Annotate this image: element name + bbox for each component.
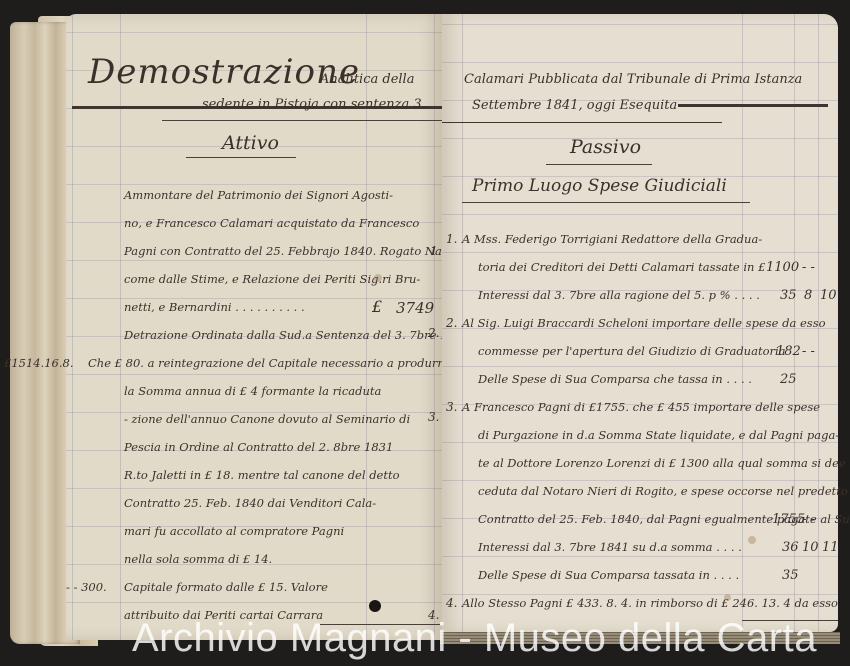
header-rule	[442, 122, 722, 123]
amount-value: 3749	[396, 299, 434, 317]
ledger-line: commesse per l'apertura del Giudizio di …	[478, 344, 786, 358]
entry-index: 2.	[446, 316, 457, 330]
ledger-line: nella sola somma di £ 14.	[124, 552, 272, 566]
ledger-line: Ammontare del Patrimonio dei Signori Ago…	[124, 188, 393, 202]
subheading-underline	[462, 202, 750, 203]
ledger-line: Che £ 80. a reintegrazione del Capitale …	[88, 356, 450, 370]
stain	[374, 274, 382, 282]
amount-soldi: 10	[802, 540, 819, 555]
currency-symbol: £	[372, 297, 382, 316]
heading-underline	[186, 157, 296, 158]
ledger-line: Pescia in Ordine al Contratto del 2. 8br…	[124, 440, 393, 454]
ledger-line: mari fu accollato al compratore Pagni	[124, 524, 344, 538]
ledger-line: netti, e Bernardini . . . . . . . . . .	[124, 300, 305, 314]
ledger-line: Interessi dal 3. 7bre alla ragione del 5…	[478, 288, 760, 302]
entry-index: 4.	[446, 596, 457, 610]
archive-watermark: Archivio Magnani - Museo della Carta	[132, 616, 817, 661]
header-line-1-left: Analitica della	[320, 72, 414, 87]
margin-amount: £1514.16.8.	[4, 356, 74, 370]
margin-amount: - - 300.	[66, 580, 107, 594]
amount-lire: 1755	[772, 512, 805, 527]
amount-lire: 25	[780, 372, 797, 387]
ledger-line: Pagni con Contratto del 25. Febbrajo 184…	[124, 244, 458, 258]
ledger-line: Delle Spese di Sua Comparsa che tassa in…	[478, 372, 752, 386]
header-rule-short	[162, 120, 442, 121]
amount-lire: 182	[776, 344, 801, 359]
header-rule-right	[678, 104, 828, 107]
amount-lire: 1100	[766, 260, 799, 275]
ledger-line: no, e Francesco Calamari acquistato da F…	[124, 216, 419, 230]
subheading: Primo Luogo Spese Giudiciali	[472, 176, 727, 196]
ledger-line: Interessi dal 3. 7bre 1841 su d.a somma …	[478, 540, 742, 554]
amount-denari: 11	[822, 540, 839, 555]
heading-underline	[546, 164, 652, 165]
ledger-line: te al Dottore Lorenzo Lorenzi di £ 1300 …	[478, 456, 846, 470]
ledger-line: Delle Spese di Sua Comparsa tassata in .…	[478, 568, 739, 582]
ledger-line: R.to Jaletti in £ 18. mentre tal canone …	[124, 468, 400, 482]
entry-index: 3.	[446, 400, 457, 414]
section-heading-attivo: Attivo	[222, 132, 279, 154]
section-heading-passivo: Passivo	[570, 136, 641, 158]
ledger-line: Detrazione Ordinata dalla Sud.a Sentenza…	[124, 328, 469, 342]
entry-index: 3.	[428, 410, 439, 424]
header-line-2-right: Settembre 1841, oggi Esequita	[472, 98, 677, 113]
amount-lire: 35	[780, 288, 797, 303]
ledger-line: toria dei Creditori dei Detti Calamari t…	[478, 260, 765, 274]
entry-index: 1.	[446, 232, 457, 246]
ledger-line: Al Sig. Luigi Braccardi Scheloni importa…	[462, 316, 826, 330]
ledger-line: Allo Stesso Pagni £ 433. 8. 4. in rimbor…	[462, 596, 838, 610]
ledger-line: A Francesco Pagni di £1755. che £ 455 im…	[462, 400, 820, 414]
stain	[748, 536, 756, 544]
amount-soldi: - -	[802, 260, 815, 275]
ledger-line: la Somma annua di £ 4 formante la ricadu…	[124, 384, 381, 398]
ledger-line: - zione dell'annuo Canone dovuto al Semi…	[124, 412, 410, 426]
amount-soldi: - -	[802, 512, 815, 527]
header-line-1-right: Calamari Pubblicata dal Tribunale di Pri…	[464, 72, 802, 87]
ink-blot	[369, 600, 381, 612]
stain	[724, 594, 731, 601]
amount-lire: 36	[782, 540, 799, 555]
amount-lire: 35	[782, 568, 799, 583]
ledger-line: ceduta dal Notaro Nieri di Rogito, e spe…	[478, 484, 848, 498]
header-line-2-left: sedente in Pistoja con sentenza 3.	[202, 97, 426, 112]
entry-index: 2.	[428, 326, 439, 340]
ledger-line: di Purgazione in d.a Somma State liquida…	[478, 428, 839, 442]
amount-soldi: - -	[802, 344, 815, 359]
right-page: Calamari Pubblicata dal Tribunale di Pri…	[442, 14, 838, 632]
left-page: Demostrazione Analitica della sedente in…	[66, 14, 442, 640]
ledger-line: A Mss. Federigo Torrigiani Redattore del…	[462, 232, 762, 246]
ledger-line: Contratto 25. Feb. 1840 dai Venditori Ca…	[124, 496, 376, 510]
amount-denari: 10	[820, 288, 837, 303]
amount-soldi: 8	[804, 288, 812, 303]
entry-index: 1.	[430, 244, 441, 258]
ledger-line: Capitale formato dalle £ 15. Valore	[124, 580, 328, 594]
